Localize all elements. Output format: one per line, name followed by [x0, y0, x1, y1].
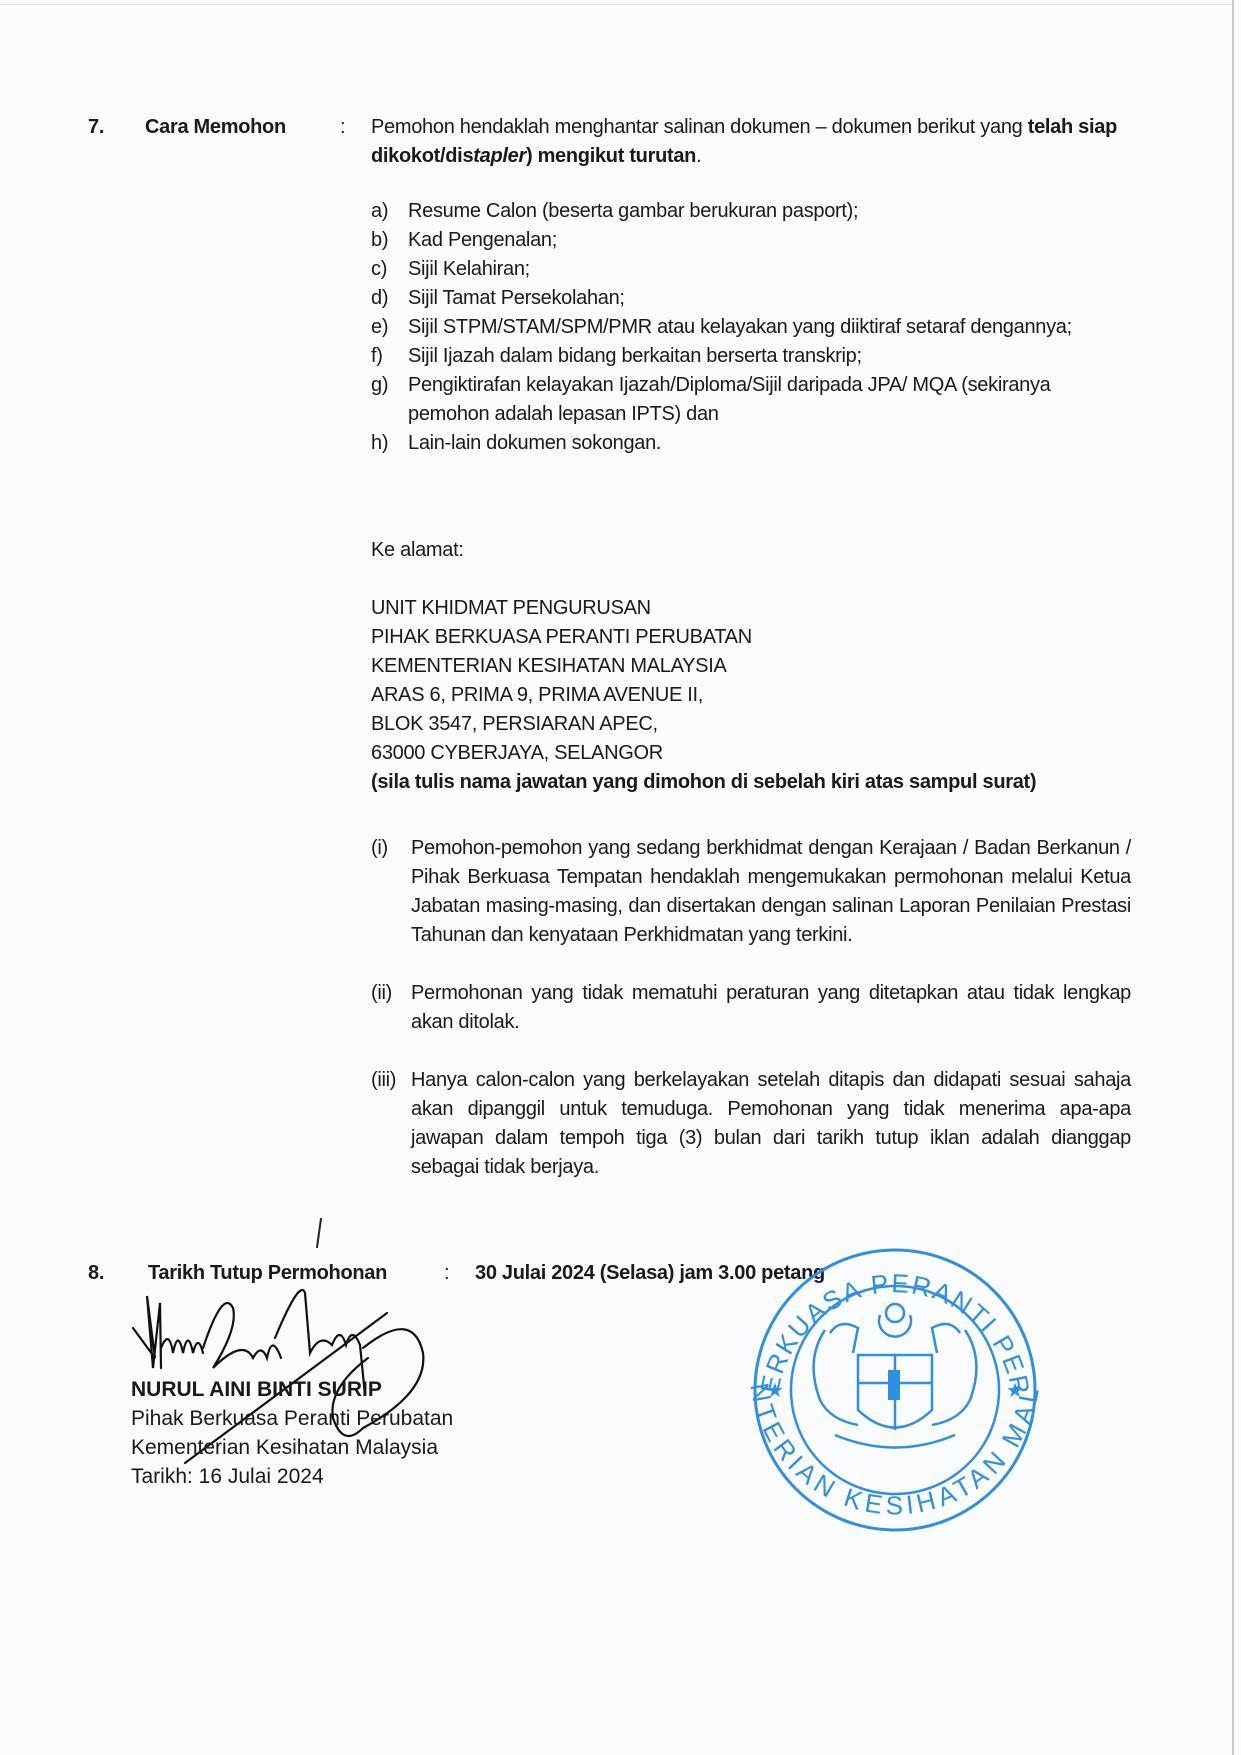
signoff-block: NURUL AINI BINTI SURIP Pihak Berkuasa Pe…	[131, 1375, 453, 1491]
document-list-item: d)Sijil Tamat Persekolahan;	[371, 284, 1131, 313]
note-text: Permohonan yang tidak mematuhi peraturan…	[411, 979, 1131, 1037]
list-marker: e)	[371, 313, 408, 342]
address-line: PIHAK BERKUASA PERANTI PERUBATAN	[371, 623, 1151, 652]
list-marker: g)	[371, 371, 408, 429]
list-item-text: Resume Calon (beserta gambar berukuran p…	[408, 197, 858, 226]
note-marker: (i)	[371, 834, 411, 950]
document-list-item: f)Sijil Ijazah dalam bidang berkaitan be…	[371, 342, 1131, 371]
signatory-ministry: Kementerian Kesihatan Malaysia	[131, 1433, 453, 1462]
address-block: Ke alamat: UNIT KHIDMAT PENGURUSANPIHAK …	[371, 536, 1151, 797]
official-stamp-icon: PIHAK BERKUASA PERANTI PERUBATAN KEMENTE…	[730, 1245, 1060, 1535]
address-line: KEMENTERIAN KESIHATAN MALAYSIA	[371, 652, 1151, 681]
signatory-name: NURUL AINI BINTI SURIP	[131, 1375, 453, 1404]
list-item-text: Sijil Tamat Persekolahan;	[408, 284, 625, 313]
address-line: BLOK 3547, PERSIARAN APEC,	[371, 710, 1151, 739]
document-list-item: b)Kad Pengenalan;	[371, 226, 1131, 255]
address-intro: Ke alamat:	[371, 536, 1151, 565]
svg-text:★: ★	[1006, 1378, 1024, 1402]
document-list-item: e)Sijil STPM/STAM/SPM/PMR atau kelayakan…	[371, 313, 1131, 342]
list-item-text: Sijil STPM/STAM/SPM/PMR atau kelayakan y…	[408, 313, 1072, 342]
intro-end: .	[696, 145, 701, 167]
list-marker: d)	[371, 284, 408, 313]
signatory-department: Pihak Berkuasa Peranti Perubatan	[131, 1404, 453, 1433]
list-marker: h)	[371, 429, 408, 458]
address-line: UNIT KHIDMAT PENGURUSAN	[371, 594, 1151, 623]
section-7-label: Cara Memohon	[145, 113, 286, 142]
address-line: 63000 CYBERJAYA, SELANGOR	[371, 739, 1151, 768]
note-text: Pemohon-pemohon yang sedang berkhidmat d…	[411, 834, 1131, 950]
list-item-text: Sijil Ijazah dalam bidang berkaitan bers…	[408, 342, 862, 371]
list-marker: c)	[371, 255, 408, 284]
section-8-label: Tarikh Tutup Permohonan	[148, 1259, 387, 1288]
section-7-colon: :	[340, 113, 345, 142]
address-line: ARAS 6, PRIMA 9, PRIMA AVENUE II,	[371, 681, 1151, 710]
note-item: (i)Pemohon-pemohon yang sedang berkhidma…	[371, 834, 1131, 950]
signature-date: Tarikh: 16 Julai 2024	[131, 1462, 453, 1491]
list-marker: f)	[371, 342, 408, 371]
intro-bold-text-2: ) mengikut turutan	[526, 145, 696, 167]
page-right-edge	[1232, 0, 1234, 1755]
list-marker: a)	[371, 197, 408, 226]
pen-tick-mark	[316, 1218, 322, 1248]
document-list-item: a)Resume Calon (beserta gambar berukuran…	[371, 197, 1131, 226]
intro-bold-italic-text: tapler	[473, 145, 526, 167]
list-item-text: Kad Pengenalan;	[408, 226, 557, 255]
document-list-item: h)Lain-lain dokumen sokongan.	[371, 429, 1131, 458]
page-top-edge	[0, 4, 1232, 5]
list-item-text: Pengiktirafan kelayakan Ijazah/Diploma/S…	[408, 371, 1131, 429]
required-documents-list: a)Resume Calon (beserta gambar berukuran…	[371, 197, 1131, 458]
section-8-number: 8.	[88, 1259, 104, 1288]
svg-text:★: ★	[766, 1378, 784, 1402]
document-list-item: c)Sijil Kelahiran;	[371, 255, 1131, 284]
note-text: Hanya calon-calon yang berkelayakan sete…	[411, 1066, 1131, 1182]
intro-text: Pemohon hendaklah menghantar salinan dok…	[371, 116, 1028, 138]
list-item-text: Lain-lain dokumen sokongan.	[408, 429, 661, 458]
document-list-item: g)Pengiktirafan kelayakan Ijazah/Diploma…	[371, 371, 1131, 429]
list-marker: b)	[371, 226, 408, 255]
address-lines: UNIT KHIDMAT PENGURUSANPIHAK BERKUASA PE…	[371, 594, 1151, 768]
note-marker: (ii)	[371, 979, 411, 1037]
note-item: (ii)Permohonan yang tidak mematuhi perat…	[371, 979, 1131, 1037]
section-7-intro: Pemohon hendaklah menghantar salinan dok…	[371, 113, 1131, 171]
application-notes: (i)Pemohon-pemohon yang sedang berkhidma…	[371, 834, 1131, 1211]
note-item: (iii)Hanya calon-calon yang berkelayakan…	[371, 1066, 1131, 1182]
address-note: (sila tulis nama jawatan yang dimohon di…	[371, 768, 1151, 797]
svg-text:PIHAK BERKUASA PERANTI PERUBAT: PIHAK BERKUASA PERANTI PERUBATAN	[730, 1245, 1036, 1399]
section-7-number: 7.	[88, 113, 104, 142]
section-8-colon: :	[444, 1259, 449, 1288]
note-marker: (iii)	[371, 1066, 411, 1182]
list-item-text: Sijil Kelahiran;	[408, 255, 530, 284]
